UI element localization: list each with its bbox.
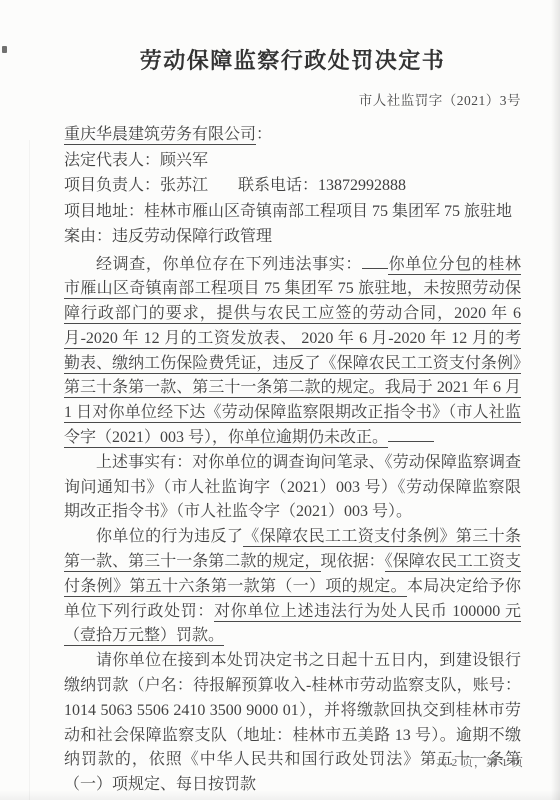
scan-speck-artifact — [2, 46, 7, 53]
paragraph-investigation-facts: 经调查，你单位存在下列违法事实：你单位分包的桂林市雁山区奇镇南部工程项目 75 … — [64, 253, 521, 451]
blank-underline — [388, 428, 434, 442]
project-manager-value: 项目负责人：张苏江 — [64, 177, 208, 194]
text-run: 现依据： — [321, 553, 385, 570]
project-manager-line: 项目负责人：张苏江联系电话：13872992888 — [64, 173, 521, 199]
paragraph-payment-instructions: 请你单位在接到本处罚决定书之日起十五日内，到建设银行缴纳罚款（户名：待报解预算收… — [64, 649, 521, 798]
addressee-colon: ： — [256, 126, 272, 143]
underlined-facts-text: 你单位分包的桂林市雁山区奇镇南部工程项目 75 集团军 75 旅驻地，未按照劳动… — [64, 256, 521, 449]
legal-representative-line: 法定代表人：顾兴军 — [64, 148, 521, 174]
scan-fold-line — [29, 140, 30, 800]
scan-edge-shadow-right — [551, 0, 560, 800]
scan-edge-shadow-bottom — [0, 790, 560, 800]
document-body: 经调查，你单位存在下列违法事实：你单位分包的桂林市雁山区奇镇南部工程项目 75 … — [64, 253, 521, 799]
addressee-line: 重庆华晨建筑劳务有限公司： — [64, 122, 521, 148]
blank-underline — [362, 255, 388, 269]
project-address-line: 项目地址：桂林市雁山区奇镇南部工程项目 75 集团军 75 旅驻地 — [64, 199, 521, 225]
document-page: 劳动保障监察行政处罚决定书 市人社监罚字（2021）3号 重庆华晨建筑劳务有限公… — [0, 0, 560, 800]
paragraph-evidence: 上述事实有：对你单位的调查询问笔录、《劳动保障监察调查询问通知书》（市人社监询字… — [64, 451, 521, 525]
text-run: 你单位的行为违反了 — [96, 528, 243, 545]
header-fields: 重庆华晨建筑劳务有限公司： 法定代表人：顾兴军 项目负责人：张苏江联系电话：13… — [64, 122, 521, 250]
paragraph-penalty-decision: 你单位的行为违反了《保障农民工工资支付条例》第三十条第一款、第三十一条第二款的规… — [64, 525, 521, 649]
case-cause-line: 案由：违反劳动保障行政管理 — [64, 224, 521, 250]
company-name: 重庆华晨建筑劳务有限公司 — [64, 126, 256, 145]
text-run: 经调查，你单位存在下列违法事实： — [96, 256, 362, 273]
document-number: 市人社监罚字（2021）3号 — [64, 92, 521, 110]
contact-phone-value: 联系电话：13872992888 — [238, 177, 406, 194]
document-title: 劳动保障监察行政处罚决定书 — [64, 46, 521, 76]
page-number-footer: 共 2 页，第 1 页 — [436, 754, 524, 770]
